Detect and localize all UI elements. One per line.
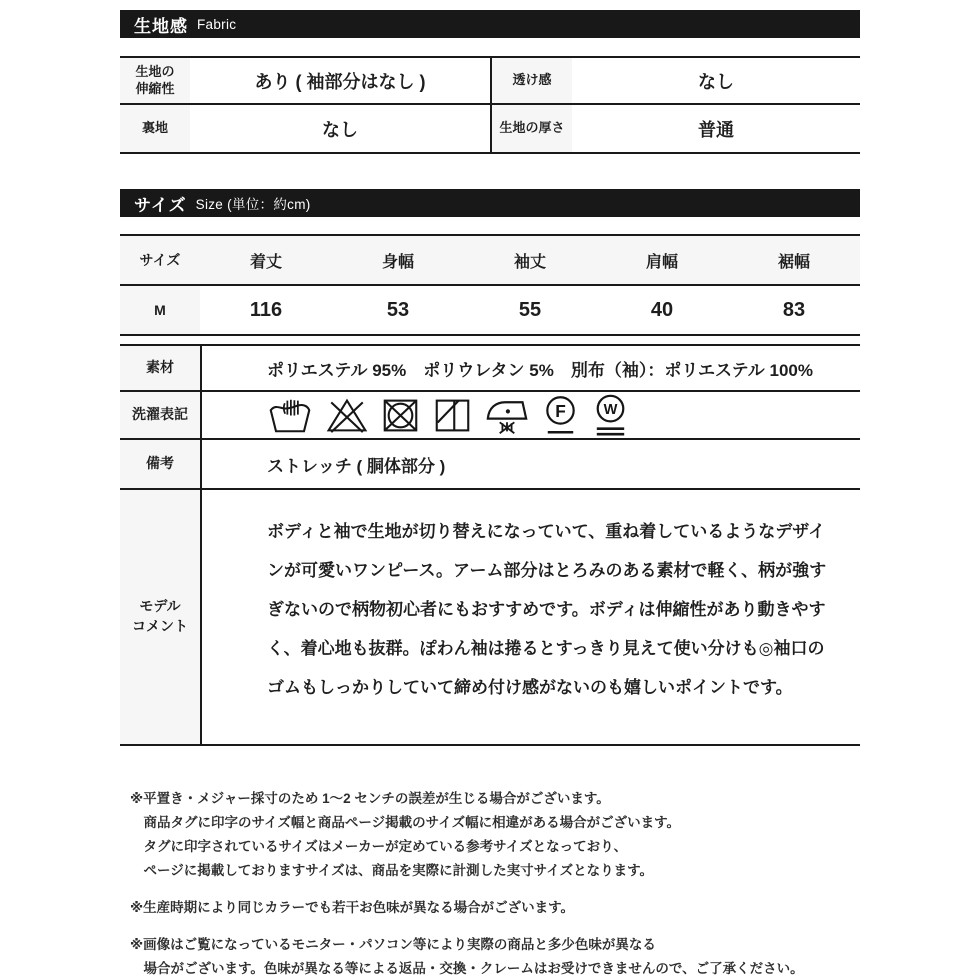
footnote-measurement: ※平置き・メジャー採寸のため 1～2 センチの誤差が生じる場合がございます。 商… [130,787,860,883]
fabric-label-lining: 裏地 [120,105,190,152]
fabric-label-sheerness: 透け感 [490,58,572,105]
fabric-value-sheerness: なし [572,58,860,105]
model-comment-text: ボディと袖で生地が切り替えになっていて、重ね着しているようなデザインが可愛いワン… [200,490,860,746]
fabric-title-jp: 生地感 [134,12,188,37]
size-col-width: 身幅 [332,236,464,286]
svg-text:F: F [555,401,566,421]
fabric-section-header: 生地感 Fabric [120,10,860,38]
iron-low-no-steam-icon [485,394,529,436]
size-value-hem: 83 [728,286,860,336]
fabric-label-stretch: 生地の 伸縮性 [120,58,190,105]
model-comment-label: モデル コメント [120,490,200,746]
size-value-shoulder: 40 [596,286,728,336]
size-value-length: 116 [200,286,332,336]
wet-clean-icon: W [592,394,629,436]
fabric-value-lining: なし [190,105,490,152]
fabric-value-thickness: 普通 [572,105,860,152]
footnote-monitor-color: ※画像はご覧になっているモニター・パソコン等により実際の商品と多少色味が異なる … [130,933,860,980]
material-value: ポリエステル 95% ポリウレタン 5% 別布（袖）：ポリエステル 100% [200,346,860,392]
do-not-tumble-dry-icon [381,398,420,433]
size-table: サイズ 着丈 身幅 袖丈 肩幅 裾幅 M 116 53 55 40 83 [120,234,860,336]
size-title-jp: サイズ [134,191,187,216]
size-col-header: サイズ [120,236,200,286]
size-col-shoulder: 肩幅 [596,236,728,286]
notes-value: ストレッチ ( 胴体部分 ) [200,440,860,490]
care-symbols-row: F W [200,392,860,440]
notes-label: 備考 [120,440,200,490]
fabric-label-thickness: 生地の厚さ [490,105,572,152]
size-col-hem: 裾幅 [728,236,860,286]
detail-table: 素材 ポリエステル 95% ポリウレタン 5% 別布（袖）：ポリエステル 100… [120,344,860,746]
size-col-sleeve: 袖丈 [464,236,596,286]
do-not-bleach-icon [326,398,368,433]
dry-clean-petroleum-icon: F [542,395,579,435]
size-col-length: 着丈 [200,236,332,286]
hand-wash-icon [267,398,313,433]
care-label: 洗濯表記 [120,392,200,440]
size-section-header: サイズ Size (単位：約cm) [120,189,860,217]
fabric-value-stretch: あり ( 袖部分はなし ) [190,58,490,105]
material-label: 素材 [120,346,200,392]
svg-text:W: W [604,402,618,418]
size-value-sleeve: 55 [464,286,596,336]
fabric-table: 生地の 伸縮性 あり ( 袖部分はなし ) 透け感 なし 裏地 なし 生地の厚さ… [120,56,860,154]
size-title-en: Size (単位：約cm) [196,193,311,213]
size-value-width: 53 [332,286,464,336]
footnotes: ※平置き・メジャー採寸のため 1～2 センチの誤差が生じる場合がございます。 商… [120,787,860,980]
fabric-title-en: Fabric [197,17,236,32]
footnote-production-color: ※生産時期により同じカラーでも若干お色味が異なる場合がございます。 [130,896,860,920]
line-dry-in-shade-icon [433,398,472,433]
size-row-label: M [120,286,200,336]
product-spec-panel: 生地感 Fabric 生地の 伸縮性 あり ( 袖部分はなし ) 透け感 なし … [120,0,860,980]
